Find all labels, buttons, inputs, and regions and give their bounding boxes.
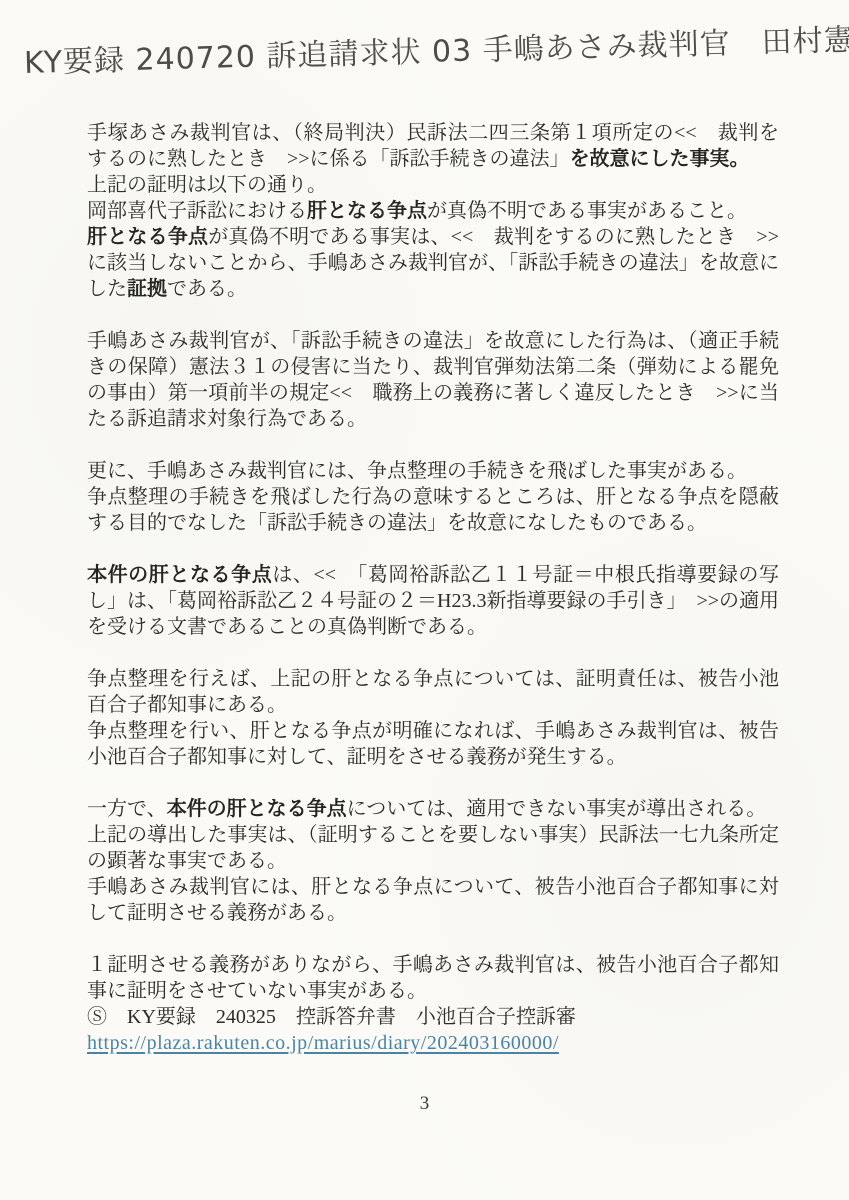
paragraph: １証明させる義務がありながら、手嶋あさみ裁判官は、被告小池百合子都知事に証明をさ… xyxy=(87,952,779,1056)
text-segment: については、適用できない事実が導出される。 xyxy=(347,798,767,820)
text-segment: 争点整理を行えば、上記の肝となる争点については、証明責任は、被告小池百合子都知事… xyxy=(87,668,779,716)
text-segment: である。 xyxy=(167,278,247,300)
text-line: 上記の証明は以下の通り。 xyxy=(87,172,779,198)
page-number: 3 xyxy=(0,1093,849,1115)
text-line: 手嶋あさみ裁判官には、肝となる争点について、被告小池百合子都知事に対して証明させ… xyxy=(87,874,779,926)
reference-link[interactable]: https://plaza.rakuten.co.jp/marius/diary… xyxy=(87,1032,559,1054)
text-segment: 一方で、 xyxy=(87,798,167,820)
text-segment: 岡部喜代子訴訟における xyxy=(87,200,307,222)
text-line: 上記の導出した事実は、（証明することを要しない事実）民訴法一七九条所定の顕著な事… xyxy=(87,822,779,874)
bold-text-segment: 証拠 xyxy=(127,278,167,300)
text-segment: 手嶋あさみ裁判官には、肝となる争点について、被告小池百合子都知事に対して証明させ… xyxy=(87,876,779,924)
text-line: 手塚あさみ裁判官は、（終局判決）民訴法二四三条第１項所定の<< 裁判をするのに熟… xyxy=(87,120,779,172)
text-line: 本件の肝となる争点は、<< 「葛岡裕訴訟乙１１号証＝中根氏指導要録の写し」は、「… xyxy=(87,562,779,640)
paragraph: 更に、手嶋あさみ裁判官には、争点整理の手続きを飛ばした事実がある。争点整理の手続… xyxy=(87,458,779,536)
bold-text-segment: 肝となる争点 xyxy=(87,226,208,248)
text-line: 肝となる争点が真偽不明である事実は、<< 裁判をするのに熟したとき >>に該当し… xyxy=(87,224,779,302)
paragraph: 手嶋あさみ裁判官が、「訴訟手続きの違法」を故意にした行為は、（適正手続きの保障）… xyxy=(87,328,779,432)
text-segment: 更に、手嶋あさみ裁判官には、争点整理の手続きを飛ばした事実がある。 xyxy=(87,460,747,482)
text-segment: 上記の導出した事実は、（証明することを要しない事実）民訴法一七九条所定の顕著な事… xyxy=(87,824,779,872)
text-line: 手嶋あさみ裁判官が、「訴訟手続きの違法」を故意にした行為は、（適正手続きの保障）… xyxy=(87,328,779,432)
text-segment: Ⓢ KY要録 240325 控訴答弁書 小池百合子控訴審 xyxy=(87,1006,576,1028)
paragraph: 本件の肝となる争点は、<< 「葛岡裕訴訟乙１１号証＝中根氏指導要録の写し」は、「… xyxy=(87,562,779,640)
text-segment: 上記の証明は以下の通り。 xyxy=(87,174,327,196)
bold-text-segment: 本件の肝となる争点 xyxy=(167,798,347,820)
text-line: Ⓢ KY要録 240325 控訴答弁書 小池百合子控訴審 xyxy=(87,1004,779,1030)
handwritten-annotation: KY要録 240720 訴追請求状 03 手嶋あさみ裁判官 田村憲久議員 xyxy=(23,15,839,82)
text-line: 争点整理を行えば、上記の肝となる争点については、証明責任は、被告小池百合子都知事… xyxy=(87,666,779,718)
text-line: 争点整理を行い、肝となる争点が明確になれば、手嶋あさみ裁判官は、被告小池百合子都… xyxy=(87,718,779,770)
scanned-document-page: KY要録 240720 訴追請求状 03 手嶋あさみ裁判官 田村憲久議員 手塚あ… xyxy=(0,0,849,1200)
text-line: １証明させる義務がありながら、手嶋あさみ裁判官は、被告小池百合子都知事に証明をさ… xyxy=(87,952,779,1004)
document-body: 手塚あさみ裁判官は、（終局判決）民訴法二四三条第１項所定の<< 裁判をするのに熟… xyxy=(87,120,779,1056)
text-segment: 手嶋あさみ裁判官が、「訴訟手続きの違法」を故意にした行為は、（適正手続きの保障）… xyxy=(87,330,779,430)
paragraph: 手塚あさみ裁判官は、（終局判決）民訴法二四三条第１項所定の<< 裁判をするのに熟… xyxy=(87,120,779,302)
text-line: https://plaza.rakuten.co.jp/marius/diary… xyxy=(87,1030,779,1056)
paragraph: 一方で、本件の肝となる争点については、適用できない事実が導出される。上記の導出し… xyxy=(87,796,779,926)
bold-text-segment: 本件の肝となる争点 xyxy=(87,564,272,586)
text-line: 一方で、本件の肝となる争点については、適用できない事実が導出される。 xyxy=(87,796,779,822)
bold-text-segment: を故意にした事実。 xyxy=(570,148,750,170)
text-line: 更に、手嶋あさみ裁判官には、争点整理の手続きを飛ばした事実がある。 xyxy=(87,458,779,484)
text-segment: １証明させる義務がありながら、手嶋あさみ裁判官は、被告小池百合子都知事に証明をさ… xyxy=(87,954,779,1002)
text-line: 争点整理の手続きを飛ばした行為の意味するところは、肝となる争点を隠蔽する目的でな… xyxy=(87,484,779,536)
text-segment: が真偽不明である事実があること。 xyxy=(427,200,747,222)
bold-text-segment: 肝となる争点 xyxy=(307,200,427,222)
paragraph: 争点整理を行えば、上記の肝となる争点については、証明責任は、被告小池百合子都知事… xyxy=(87,666,779,770)
text-line: 岡部喜代子訴訟における肝となる争点が真偽不明である事実があること。 xyxy=(87,198,779,224)
text-segment: 争点整理の手続きを飛ばした行為の意味するところは、肝となる争点を隠蔽する目的でな… xyxy=(87,486,779,534)
text-segment: 争点整理を行い、肝となる争点が明確になれば、手嶋あさみ裁判官は、被告小池百合子都… xyxy=(87,720,779,768)
